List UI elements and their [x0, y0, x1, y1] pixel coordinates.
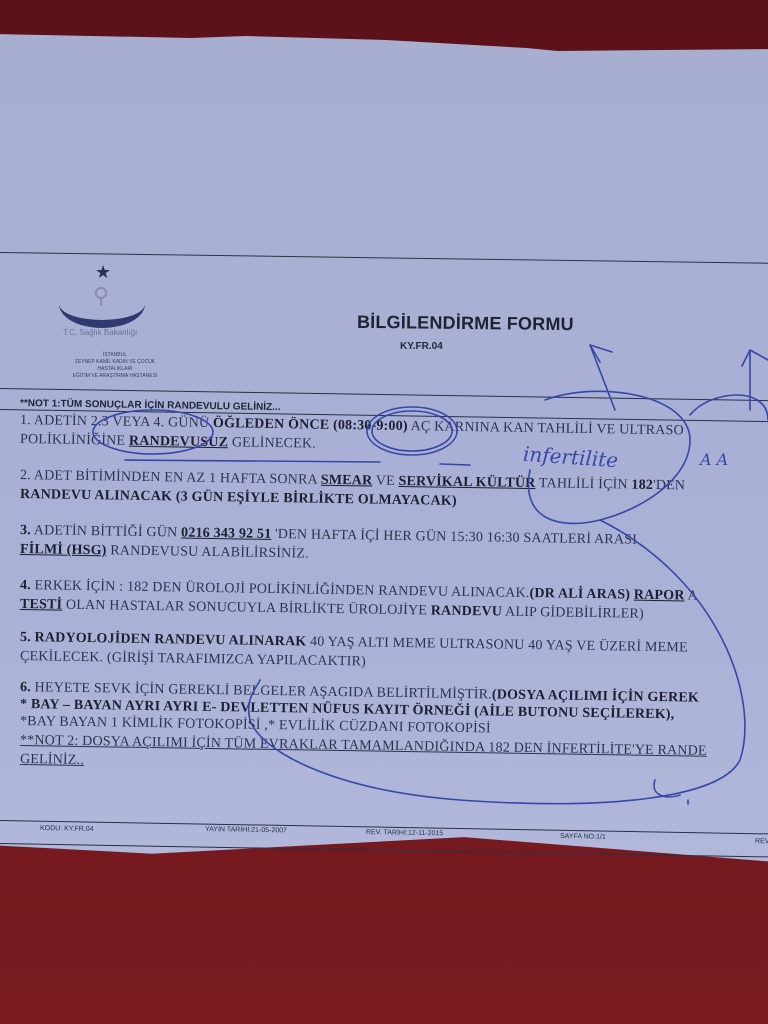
text-segment: 1. ADETİN 2.3 VEYA 4. GÜNÜ: [20, 413, 213, 431]
ministry-logo: ★ ⚲ T.C. Sağlık Bakanlığı İSTANBUL ZEYNE…: [55, 262, 165, 382]
figure-icon: ⚲: [93, 284, 109, 309]
text-segment: 4.: [20, 578, 31, 593]
text-segment: TAHLİLİ İÇİN: [535, 476, 631, 493]
form-item-6-line: GELİNİZ..: [20, 752, 84, 769]
footer-rev: REV: [755, 838, 768, 845]
text-segment: RAPOR: [634, 588, 685, 604]
text-segment: RANDEVUSUZ: [129, 434, 228, 451]
footer-page-number: SAYFA NO:1/1: [560, 833, 606, 841]
text-segment: 0216 343 92 51: [181, 526, 272, 542]
form-code: KY.FR.04: [400, 341, 443, 352]
text-segment: SMEAR: [321, 473, 373, 489]
text-segment: RANDEVU: [431, 603, 503, 619]
footer-publish-date: YAYIN TARİHİ:21-05-2007: [205, 826, 287, 834]
form-title: BİLGİLENDİRME FORMU: [357, 312, 574, 335]
text-segment: GELİNİZ..: [20, 752, 84, 768]
handwritten-mark: A A: [700, 450, 728, 469]
text-segment: 'DEN: [653, 478, 685, 494]
text-segment: A: [684, 588, 697, 603]
text-segment: 182: [631, 478, 653, 493]
text-segment: (08:30-9:00): [333, 418, 408, 434]
text-segment: FİLMİ (HSG): [20, 542, 107, 558]
text-segment: VE: [372, 474, 398, 489]
text-segment: ÖĞLEDEN ÖNCE: [213, 416, 330, 433]
text-segment: POLİKLİNİĞİNE: [20, 432, 129, 449]
ministry-name: T.C. Sağlık Bakanlığı: [63, 328, 137, 337]
text-segment: 6.: [20, 680, 31, 695]
text-segment: TESTİ: [20, 597, 62, 613]
text-segment: SERVİKAL KÜLTÜR: [398, 474, 535, 491]
text-segment: ADETİN BİTTİĞİ GÜN: [31, 523, 181, 540]
footer-rev-date: REV. TARİHİ:12-11-2015: [366, 829, 443, 837]
footer-code: KODU: KY.FR.04: [40, 825, 94, 833]
text-segment: GELİNECEK.: [228, 435, 316, 451]
text-segment: 5. RADYOLOJİDEN RANDEVU ALINARAK: [20, 630, 307, 649]
text-segment: AÇ KARNINA KAN TAHLİLİ VE ULTRASO: [408, 419, 684, 438]
hospital-name: İSTANBUL ZEYNEP KAMİL KADIN VE ÇOCUK HAS…: [55, 352, 175, 380]
text-segment: ALIP GİDEBİLİRLER): [502, 605, 644, 622]
text-segment: 3.: [20, 523, 31, 538]
text-segment: (DR ALİ ARAS): [529, 586, 630, 603]
text-segment: RANDEVUSU ALABİLİRSİNİZ.: [106, 543, 308, 561]
text-segment: (DOSYA AÇILIMI İÇİN GEREK: [492, 687, 699, 705]
